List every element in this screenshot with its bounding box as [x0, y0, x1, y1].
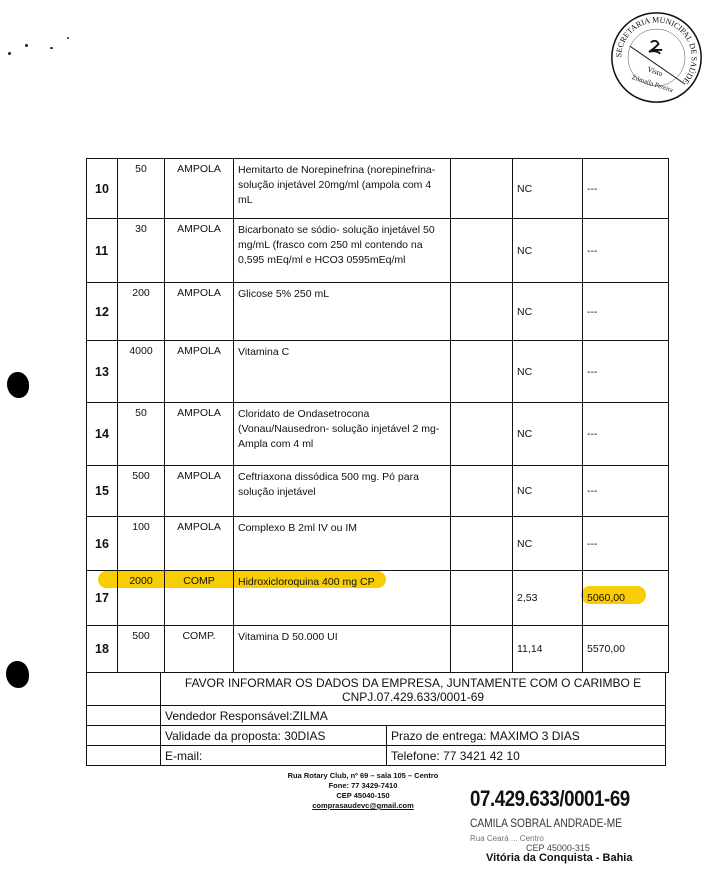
blank-cell: [87, 726, 161, 746]
item-unit: COMP: [165, 571, 234, 626]
item-unit-price: NC: [513, 283, 583, 341]
table-row: 10 50 AMPOLA Hemitarto de Norepinefrina …: [87, 159, 669, 219]
item-brand: [451, 219, 513, 283]
notice-line-1: FAVOR INFORMAR OS DADOS DA EMPRESA, JUNT…: [165, 676, 661, 690]
item-unit: AMPOLA: [165, 403, 234, 466]
item-total: ---: [583, 517, 669, 571]
item-total: ---: [583, 159, 669, 219]
company-data-notice: FAVOR INFORMAR OS DADOS DA EMPRESA, JUNT…: [161, 673, 666, 706]
table-row: 15 500 AMPOLA Ceftriaxona dissódica 500 …: [87, 466, 669, 517]
item-total: ---: [583, 283, 669, 341]
item-quantity: 30: [118, 219, 165, 283]
scan-speck: [25, 44, 28, 47]
company-cep: CEP 45000-315: [526, 843, 690, 853]
delivery-field: Prazo de entrega: MAXIMO 3 DIAS: [387, 726, 666, 746]
item-unit-price: NC: [513, 159, 583, 219]
table-row: 17 2000 COMP Hidroxicloroquina 400 mg CP…: [87, 571, 669, 626]
table-row: 16 100 AMPOLA Complexo B 2ml IV ou IM NC…: [87, 517, 669, 571]
validity-field: Validade da proposta: 30DIAS: [161, 726, 387, 746]
item-description: Vitamina D 50.000 UI: [234, 626, 451, 673]
notice-line-2: CNPJ.07.429.633/0001-69: [165, 690, 661, 704]
company-city: Vitória da Conquista - Bahia: [486, 853, 690, 863]
cnpj-number: 07.429.633/0001-69: [470, 786, 657, 812]
item-total: ---: [583, 466, 669, 517]
item-unit: AMPOLA: [165, 466, 234, 517]
item-brand: [451, 283, 513, 341]
table-row: 18 500 COMP. Vitamina D 50.000 UI 11,14 …: [87, 626, 669, 673]
item-total: 5570,00: [583, 626, 669, 673]
punch-hole: [6, 661, 29, 688]
table-row: 13 4000 AMPOLA Vitamina C NC ---: [87, 341, 669, 403]
health-department-stamp: SECRETARIA MUNICIPAL DE SAÚDE Visto Zilm…: [609, 10, 704, 105]
item-brand: [451, 341, 513, 403]
item-total: ---: [583, 341, 669, 403]
item-number: 11: [87, 219, 118, 283]
item-quantity: 500: [118, 626, 165, 673]
item-number: 12: [87, 283, 118, 341]
item-brand: [451, 626, 513, 673]
letterhead-address: Rua Rotary Club, nº 69 – sala 105 – Cent…: [268, 771, 458, 781]
item-number: 14: [87, 403, 118, 466]
item-quantity: 50: [118, 403, 165, 466]
seller-field: Vendedor Responsável:ZILMA: [161, 706, 666, 726]
scan-speck: [8, 52, 11, 55]
items-table: 10 50 AMPOLA Hemitarto de Norepinefrina …: [86, 158, 669, 673]
scan-speck: [50, 47, 53, 49]
item-quantity: 2000: [118, 571, 165, 626]
item-unit-price: NC: [513, 466, 583, 517]
item-total: ---: [583, 219, 669, 283]
blank-cell: [87, 706, 161, 726]
table-row: 11 30 AMPOLA Bicarbonato se sódio- soluç…: [87, 219, 669, 283]
company-name: CAMILA SOBRAL ANDRADE-ME: [470, 816, 657, 830]
item-description: Complexo B 2ml IV ou IM: [234, 517, 451, 571]
company-info-table: FAVOR INFORMAR OS DADOS DA EMPRESA, JUNT…: [86, 672, 666, 766]
item-description: Hidroxicloroquina 400 mg CP: [234, 571, 451, 626]
svg-text:Visto: Visto: [646, 64, 664, 78]
table-row: 14 50 AMPOLA Cloridato de Ondasetrocona …: [87, 403, 669, 466]
item-unit-price: NC: [513, 341, 583, 403]
letterhead-phone: Fone: 77 3429-7410: [268, 781, 458, 791]
item-unit-price: 11,14: [513, 626, 583, 673]
item-description: Bicarbonato se sódio- solução injetável …: [234, 219, 451, 283]
item-number: 17: [87, 571, 118, 626]
stamp-seal-icon: SECRETARIA MUNICIPAL DE SAÚDE Visto Zilm…: [609, 10, 704, 105]
item-brand: [451, 159, 513, 219]
phone-field: Telefone: 77 3421 42 10: [387, 746, 666, 766]
item-number: 15: [87, 466, 118, 517]
item-unit: AMPOLA: [165, 159, 234, 219]
item-brand: [451, 517, 513, 571]
item-number: 16: [87, 517, 118, 571]
item-quantity: 4000: [118, 341, 165, 403]
email-field: E-mail:: [161, 746, 387, 766]
item-brand: [451, 466, 513, 517]
item-unit: AMPOLA: [165, 341, 234, 403]
company-cnpj-stamp: 07.429.633/0001-69 CAMILA SOBRAL ANDRADE…: [470, 786, 690, 863]
item-quantity: 200: [118, 283, 165, 341]
blank-cell: [87, 673, 161, 706]
item-unit: AMPOLA: [165, 219, 234, 283]
letterhead-cep: CEP 45040-150: [268, 791, 458, 801]
item-number: 10: [87, 159, 118, 219]
item-unit: AMPOLA: [165, 283, 234, 341]
item-brand: [451, 403, 513, 466]
blank-cell: [87, 746, 161, 766]
item-unit: AMPOLA: [165, 517, 234, 571]
item-total: 5060,00: [583, 571, 669, 626]
item-description: Cloridato de Ondasetrocona (Vonau/Naused…: [234, 403, 451, 466]
item-quantity: 500: [118, 466, 165, 517]
item-description: Glicose 5% 250 mL: [234, 283, 451, 341]
item-description: Hemitarto de Norepinefrina (norepinefrin…: [234, 159, 451, 219]
item-quantity: 50: [118, 159, 165, 219]
item-quantity: 100: [118, 517, 165, 571]
letterhead-email-link[interactable]: comprasaudevc@gmail.com: [268, 801, 458, 811]
letterhead-address-block: Rua Rotary Club, nº 69 – sala 105 – Cent…: [268, 771, 458, 811]
item-total: ---: [583, 403, 669, 466]
item-description: Vitamina C: [234, 341, 451, 403]
punch-hole: [7, 372, 29, 398]
item-number: 13: [87, 341, 118, 403]
company-street: Rua Ceará ... Centro: [470, 834, 690, 843]
item-brand: [451, 571, 513, 626]
item-unit-price: NC: [513, 517, 583, 571]
item-number: 18: [87, 626, 118, 673]
item-unit-price: NC: [513, 403, 583, 466]
scan-speck: [67, 37, 69, 39]
item-unit-price: 2,53: [513, 571, 583, 626]
item-description: Ceftriaxona dissódica 500 mg. Pó para so…: [234, 466, 451, 517]
item-unit-price: NC: [513, 219, 583, 283]
table-row: 12 200 AMPOLA Glicose 5% 250 mL NC ---: [87, 283, 669, 341]
item-unit: COMP.: [165, 626, 234, 673]
